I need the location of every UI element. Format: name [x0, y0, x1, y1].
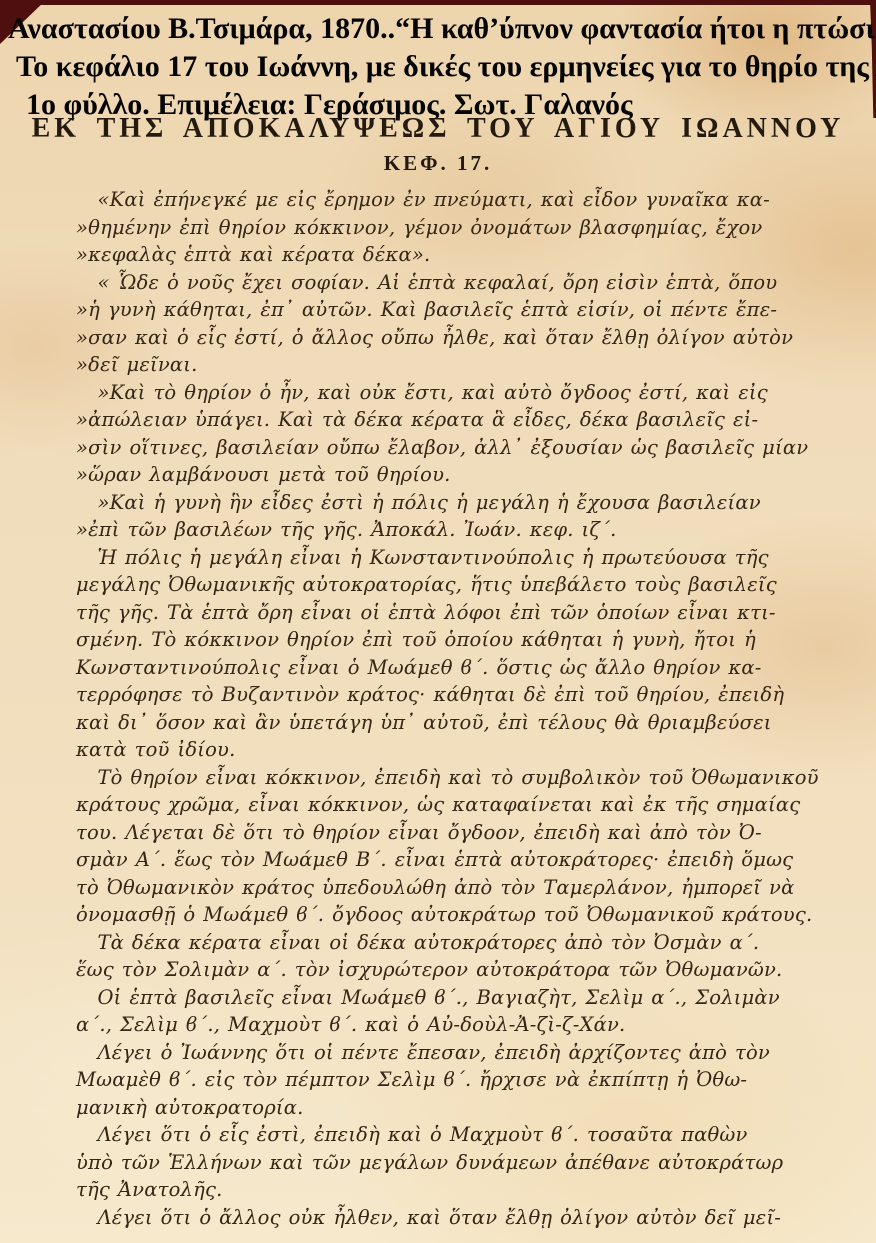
paragraph-quote-3: »Καὶ τὸ θηρίον ὁ ἦν, καὶ οὐκ ἔστι, καὶ α…	[76, 379, 822, 489]
annotation-line-author: Αναστασίου Β.Τσιμάρα, 1870..“Η καθ’ύπνον…	[0, 10, 876, 48]
paragraph-commentary-4: Οἱ ἑπτὰ βασιλεῖς εἶναι Μωάμεθ ϐ΄., Βαγια…	[76, 984, 822, 1039]
paragraph-commentary-7: Λέγει ὅτι ὁ ἄλλος οὐκ ἦλθεν, καὶ ὅταν ἔλ…	[76, 1204, 822, 1232]
scanned-document-page: Αναστασίου Β.Τσιμάρα, 1870..“Η καθ’ύπνον…	[0, 0, 876, 1243]
chapter-heading: ΚΕΦ. 17.	[0, 151, 876, 176]
paragraph-quote-2: « Ὧδε ὁ νοῦς ἔχει σοφίαν. Αἱ ἑπτὰ κεφαλα…	[76, 269, 822, 379]
paragraph-quote-4: »Καὶ ἡ γυνὴ ἣν εἶδες ἐστὶ ἡ πόλις ἡ μεγά…	[76, 489, 822, 544]
paragraph-commentary-1: Ἡ πόλις ἡ μεγάλη εἶναι ἡ Κωνσταντινούπολ…	[76, 544, 822, 764]
annotation-line-subject: Το κεφάλιο 17 του Ιωάννη, με δικές του ε…	[0, 48, 876, 86]
paragraph-quote-1: «Καὶ ἐπήνεγκέ με εἰς ἔρημον ἐν πνεύματι,…	[76, 186, 822, 269]
paragraph-commentary-3: Τὰ δέκα κέρατα εἶναι οἱ δέκα αὐτοκράτορε…	[76, 929, 822, 984]
page-title: ΕΚ ΤΗΣ ΑΠΟΚΑΛΥΨΕΩΣ ΤΟΥ ΑΓΙΟΥ ΙΩΑΝΝΟΥ	[0, 113, 876, 145]
paragraph-commentary-6: Λέγει ὅτι ὁ εἷς ἐστὶ, ἐπειδὴ καὶ ὁ Μαχμο…	[76, 1121, 822, 1204]
paragraph-commentary-2: Τὸ θηρίον εἶναι κόκκινον, ἐπειδὴ καὶ τὸ …	[76, 764, 822, 929]
scan-edge-top	[0, 0, 876, 5]
paragraph-commentary-5: Λέγει ὁ Ἰωάννης ὅτι οἱ πέντε ἔπεσαν, ἐπε…	[76, 1039, 822, 1122]
annotation-header: Αναστασίου Β.Τσιμάρα, 1870..“Η καθ’ύπνον…	[0, 10, 876, 124]
body-text: «Καὶ ἐπήνεγκέ με εἰς ἔρημον ἐν πνεύματι,…	[76, 186, 822, 1231]
